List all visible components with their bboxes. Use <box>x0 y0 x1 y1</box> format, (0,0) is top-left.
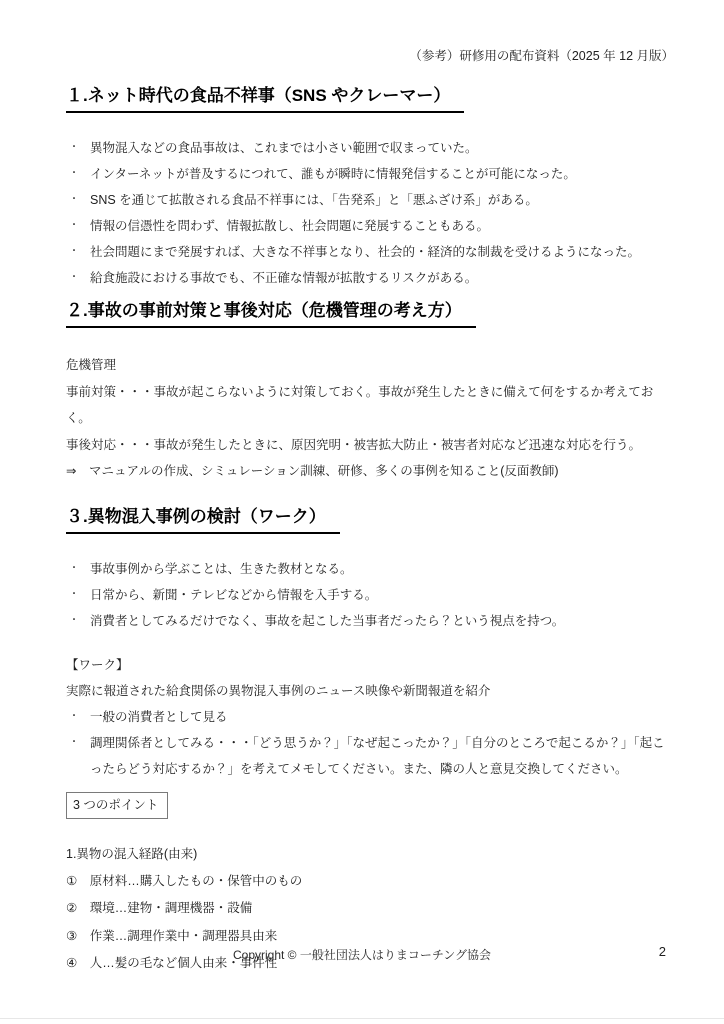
list-item-text: 事故事例から学ぶことは、生きた教材となる。 <box>90 562 353 576</box>
bullet-marker: ・ <box>69 582 79 608</box>
list-item-text: 調理関係者としてみる・・・「どう思うか？」「なぜ起こったか？」「自分のところで起… <box>90 736 665 776</box>
route-item-environment: ② 環境…建物・調理機器・設備 <box>66 895 674 923</box>
list-item: ・社会問題にまで発展すれば、大きな不祥事となり、社会的・経済的な制裁を受けるよう… <box>66 239 674 265</box>
section1-heading: １.ネット時代の食品不祥事（SNS やクレーマー） <box>66 84 674 113</box>
three-points-box: 3 つのポイント <box>66 792 168 819</box>
list-item-text: 異物混入などの食品事故は、これまでは小さい範囲で収まっていた。 <box>90 141 478 155</box>
list-item: ・異物混入などの食品事故は、これまでは小さい範囲で収まっていた。 <box>66 135 674 161</box>
list-item: ・消費者としてみるだけでなく、事故を起こした当事者だったら？という視点を持つ。 <box>66 608 674 634</box>
route-title: 1.異物の混入経路(由来) <box>66 841 674 868</box>
route-item-raw-materials: ① 原材料…購入したもの・保管中のもの <box>66 868 674 896</box>
post-response-line: 事後対応・・・事故が発生したときに、原因究明・被害拡大防止・被害者対応など迅速な… <box>66 432 674 459</box>
bullet-marker: ・ <box>69 608 79 634</box>
list-item-text: 日常から、新聞・テレビなどから情報を入手する。 <box>90 588 377 602</box>
list-item-text: 給食施設における事故でも、不正確な情報が拡散するリスクがある。 <box>90 271 477 285</box>
list-item: ・インターネットが普及するにつれて、誰もが瞬時に情報発信することが可能になった。 <box>66 161 674 187</box>
list-item-text: 社会問題にまで発展すれば、大きな不祥事となり、社会的・経済的な制裁を受けるように… <box>90 245 640 259</box>
list-item: ・情報の信憑性を問わず、情報拡散し、社会問題に発展することもある。 <box>66 213 674 239</box>
list-item-text: 情報の信憑性を問わず、情報拡散し、社会問題に発展することもある。 <box>90 219 489 233</box>
bullet-marker: ・ <box>69 187 79 213</box>
section2-heading: ２.事故の事前対策と事後対応（危機管理の考え方） <box>66 299 674 328</box>
list-item: ・給食施設における事故でも、不正確な情報が拡散するリスクがある。 <box>66 265 674 291</box>
section1-heading-text: １.ネット時代の食品不祥事（SNS やクレーマー） <box>66 84 464 113</box>
list-item: ・調理関係者としてみる・・・「どう思うか？」「なぜ起こったか？」「自分のところで… <box>66 730 674 782</box>
work-label: 【ワーク】 <box>66 652 674 678</box>
work-block: 【ワーク】 実際に報道された給食関係の異物混入事例のニュース映像や新聞報道を紹介… <box>66 652 674 782</box>
bullet-marker: ・ <box>69 239 79 265</box>
page-number: 2 <box>659 944 666 959</box>
section2-body: 危機管理 事前対策・・・事故が起こらないように対策しておく。事故が発生したときに… <box>66 352 674 485</box>
section1-bullet-list: ・異物混入などの食品事故は、これまでは小さい範囲で収まっていた。 ・インターネッ… <box>66 135 674 291</box>
work-intro: 実際に報道された給食関係の異物混入事例のニュース映像や新聞報道を紹介 <box>66 678 674 704</box>
page-content: （参考）研修用の配布資料（2025 年 12 月版） １.ネット時代の食品不祥事… <box>0 0 724 978</box>
section3-heading: ３.異物混入事例の検討（ワーク） <box>66 505 674 534</box>
list-item-text: SNS を通じて拡散される食品不祥事には、「告発系」と「悪ふざけ系」がある。 <box>90 193 538 207</box>
page-bottom-edge <box>0 1018 724 1019</box>
bullet-marker: ・ <box>69 704 79 730</box>
list-item-text: インターネットが普及するにつれて、誰もが瞬時に情報発信することが可能になった。 <box>90 167 576 181</box>
list-item-text: 一般の消費者として見る <box>90 710 228 724</box>
section3-heading-text: ３.異物混入事例の検討（ワーク） <box>66 505 340 534</box>
list-item-text: 消費者としてみるだけでなく、事故を起こした当事者だったら？という視点を持つ。 <box>90 614 564 628</box>
list-item: ・事故事例から学ぶことは、生きた教材となる。 <box>66 556 674 582</box>
list-item: ・一般の消費者として見る <box>66 704 674 730</box>
arrow-summary-line: ⇒ マニュアルの作成、シミュレーション訓練、研修、多くの事例を知ること(反面教師… <box>66 458 674 485</box>
bullet-marker: ・ <box>69 730 79 756</box>
pre-countermeasure-line: 事前対策・・・事故が起こらないように対策しておく。事故が発生したときに備えて何を… <box>66 379 674 432</box>
section3-bullet-list: ・事故事例から学ぶことは、生きた教材となる。 ・日常から、新聞・テレビなどから情… <box>66 556 674 634</box>
header-note: （参考）研修用の配布資料（2025 年 12 月版） <box>66 0 674 64</box>
work-bullet-list: ・一般の消費者として見る ・調理関係者としてみる・・・「どう思うか？」「なぜ起こ… <box>66 704 674 782</box>
document-page: （参考）研修用の配布資料（2025 年 12 月版） １.ネット時代の食品不祥事… <box>0 0 724 1024</box>
list-item: ・SNS を通じて拡散される食品不祥事には、「告発系」と「悪ふざけ系」がある。 <box>66 187 674 213</box>
bullet-marker: ・ <box>69 213 79 239</box>
bullet-marker: ・ <box>69 161 79 187</box>
list-item: ・日常から、新聞・テレビなどから情報を入手する。 <box>66 582 674 608</box>
bullet-marker: ・ <box>69 265 79 291</box>
footer-copyright: Copyright © 一般社団法人はりまコーチング協会 <box>0 946 724 963</box>
bullet-marker: ・ <box>69 135 79 161</box>
bullet-marker: ・ <box>69 556 79 582</box>
crisis-management-label: 危機管理 <box>66 352 674 379</box>
section2-heading-text: ２.事故の事前対策と事後対応（危機管理の考え方） <box>66 299 476 328</box>
